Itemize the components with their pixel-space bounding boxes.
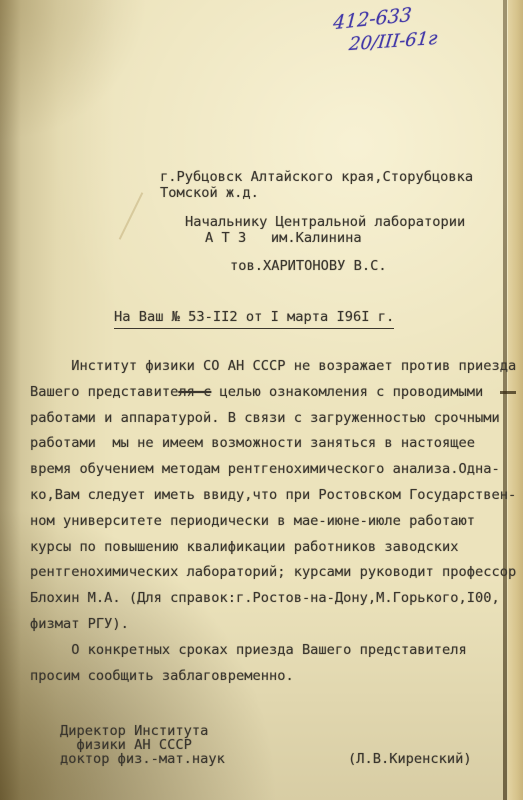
signature-title-line: доктор физ.-мат.наук xyxy=(60,753,225,767)
body-line-post: целью ознакомления с проводимыми xyxy=(211,384,483,400)
struck-out-text: ля с xyxy=(178,384,211,400)
recipient-name-line: тов.ХАРИТОНОВУ В.С. xyxy=(230,259,473,275)
body-line: время обучением методам рентгенохимическ… xyxy=(30,457,516,483)
body-line: физмат РГУ). xyxy=(30,612,516,638)
scanned-letter-page: 412-633 20/III-61г г.Рубцовск Алтайского… xyxy=(0,0,523,800)
body-line: Институт физики СО АН СССР не возражает … xyxy=(30,354,516,380)
reference-line: На Ваш № 53-II2 от I марта I96I г. xyxy=(114,306,394,329)
paper-crease xyxy=(119,192,144,240)
body-line: О конкретных сроках приезда Вашего предс… xyxy=(30,638,516,664)
body-line: Блохин М.А. (Для справок:г.Ростов-на-Дон… xyxy=(30,586,516,612)
body-line: работами и аппаратурой. В связи с загруж… xyxy=(30,406,516,432)
body-line: рентгенохимических лабораторий; курсами … xyxy=(30,560,516,586)
letter-body: Институт физики СО АН СССР не возражает … xyxy=(30,354,516,689)
body-line: просим сообщить заблаговременно. xyxy=(30,664,516,690)
recipient-railway-line: Томской ж.д. xyxy=(160,186,473,202)
handwritten-date: 20/III-61г xyxy=(348,28,438,55)
body-line: работами мы не имеем возможности занятьс… xyxy=(30,431,516,457)
recipient-address-block: г.Рубцовск Алтайского края,Сторубцовка Т… xyxy=(160,170,473,275)
body-line: ном университете периодически в мае-июне… xyxy=(30,509,516,535)
body-line: ко,Вам следует иметь ввиду,что при Росто… xyxy=(30,483,516,509)
recipient-position-line: Начальнику Центральной лаборатории xyxy=(185,215,473,231)
body-line-with-strikethrough: Вашего представителя с целью ознакомлени… xyxy=(30,380,516,406)
signer-name: (Л.В.Киренский) xyxy=(348,752,472,768)
recipient-city-line: г.Рубцовск Алтайского края,Сторубцовка xyxy=(160,170,473,186)
recipient-organization-line: А Т З им.Калинина xyxy=(205,231,473,247)
reference-text: На Ваш № 53-II2 от I марта I96I г. xyxy=(114,310,394,329)
body-line-pre: Вашего представите xyxy=(30,384,178,400)
body-line: курсы по повышению квалификации работник… xyxy=(30,535,516,561)
signature-title-block: Директор Института физики АН СССР доктор… xyxy=(60,725,225,767)
